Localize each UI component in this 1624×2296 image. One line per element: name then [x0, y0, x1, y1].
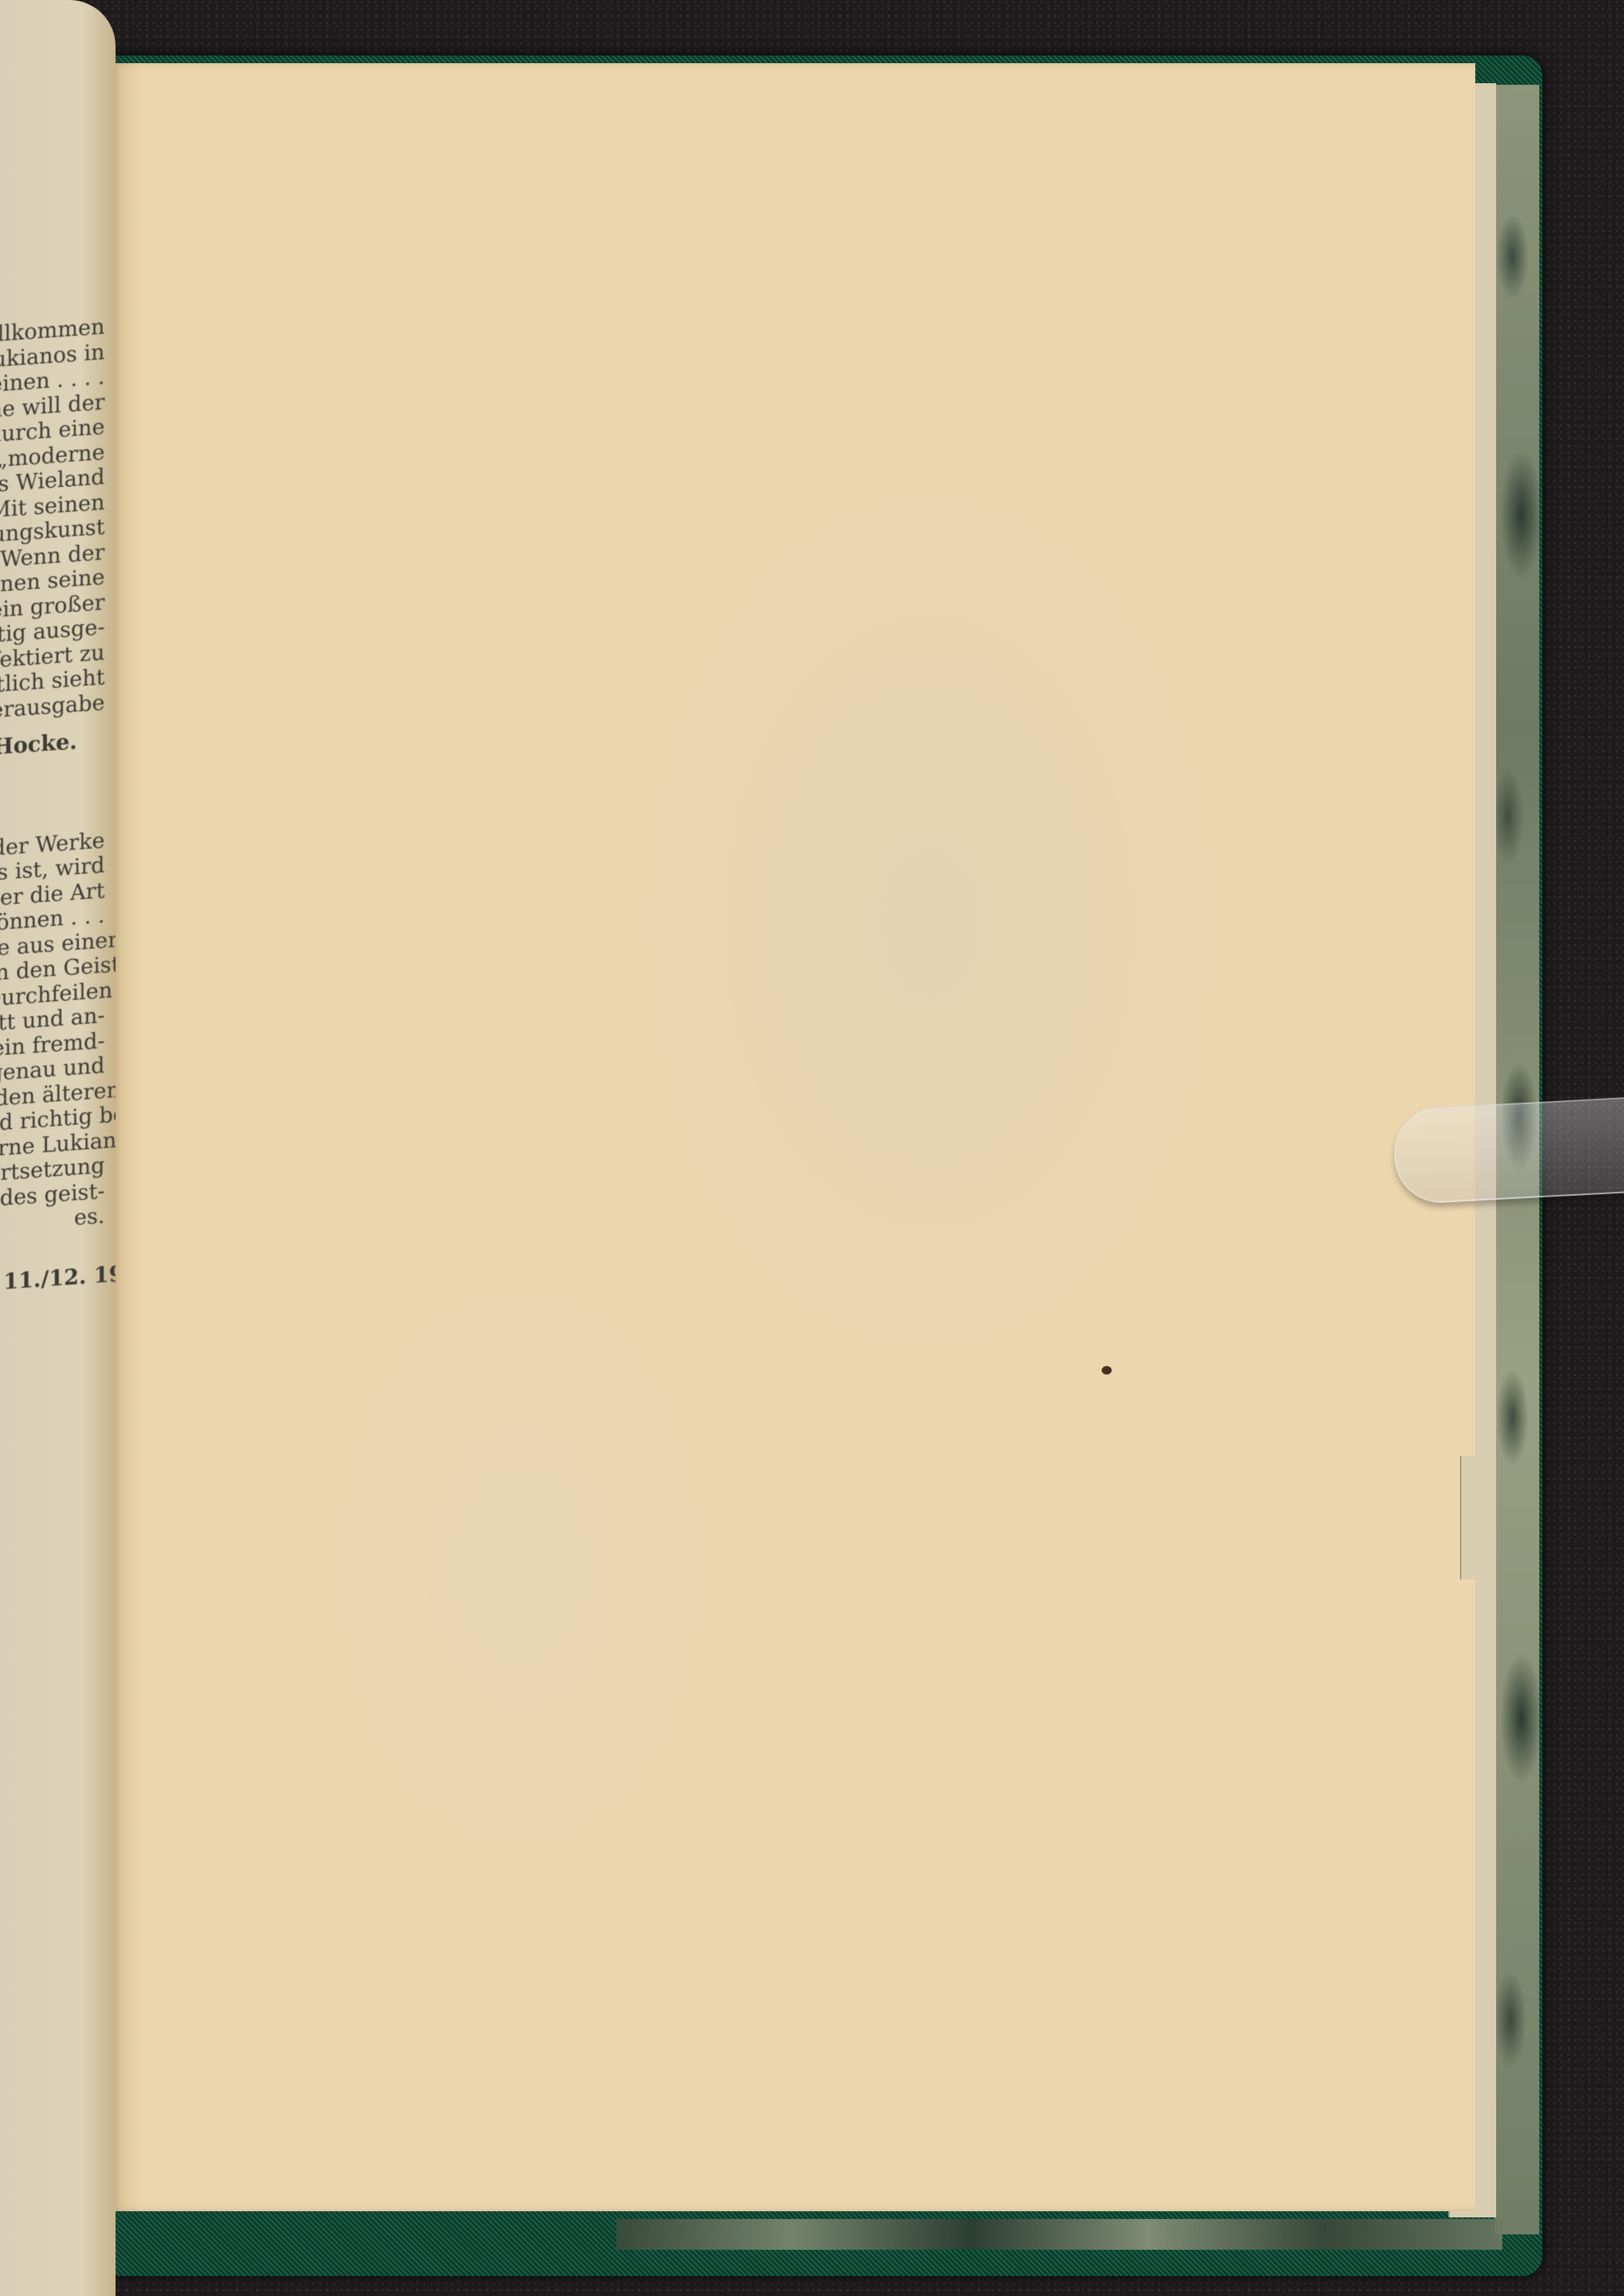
right-page-blank [112, 63, 1475, 2211]
text-line: der Herausgabe [0, 690, 105, 731]
foxing-spot [1102, 1366, 1112, 1375]
review-signature: R. Hocke. [0, 727, 105, 768]
marbled-endpaper-bottom [616, 2219, 1502, 2250]
transparent-bookmark[interactable] [1392, 1096, 1624, 1205]
page-notch [1460, 1456, 1481, 1579]
citation: Philologie 11./12. 1911. [0, 1263, 105, 1304]
left-page-text: willkommen Lukianos in zu seinen . . . .… [0, 314, 105, 1304]
left-page: willkommen Lukianos in zu seinen . . . .… [0, 0, 116, 2296]
